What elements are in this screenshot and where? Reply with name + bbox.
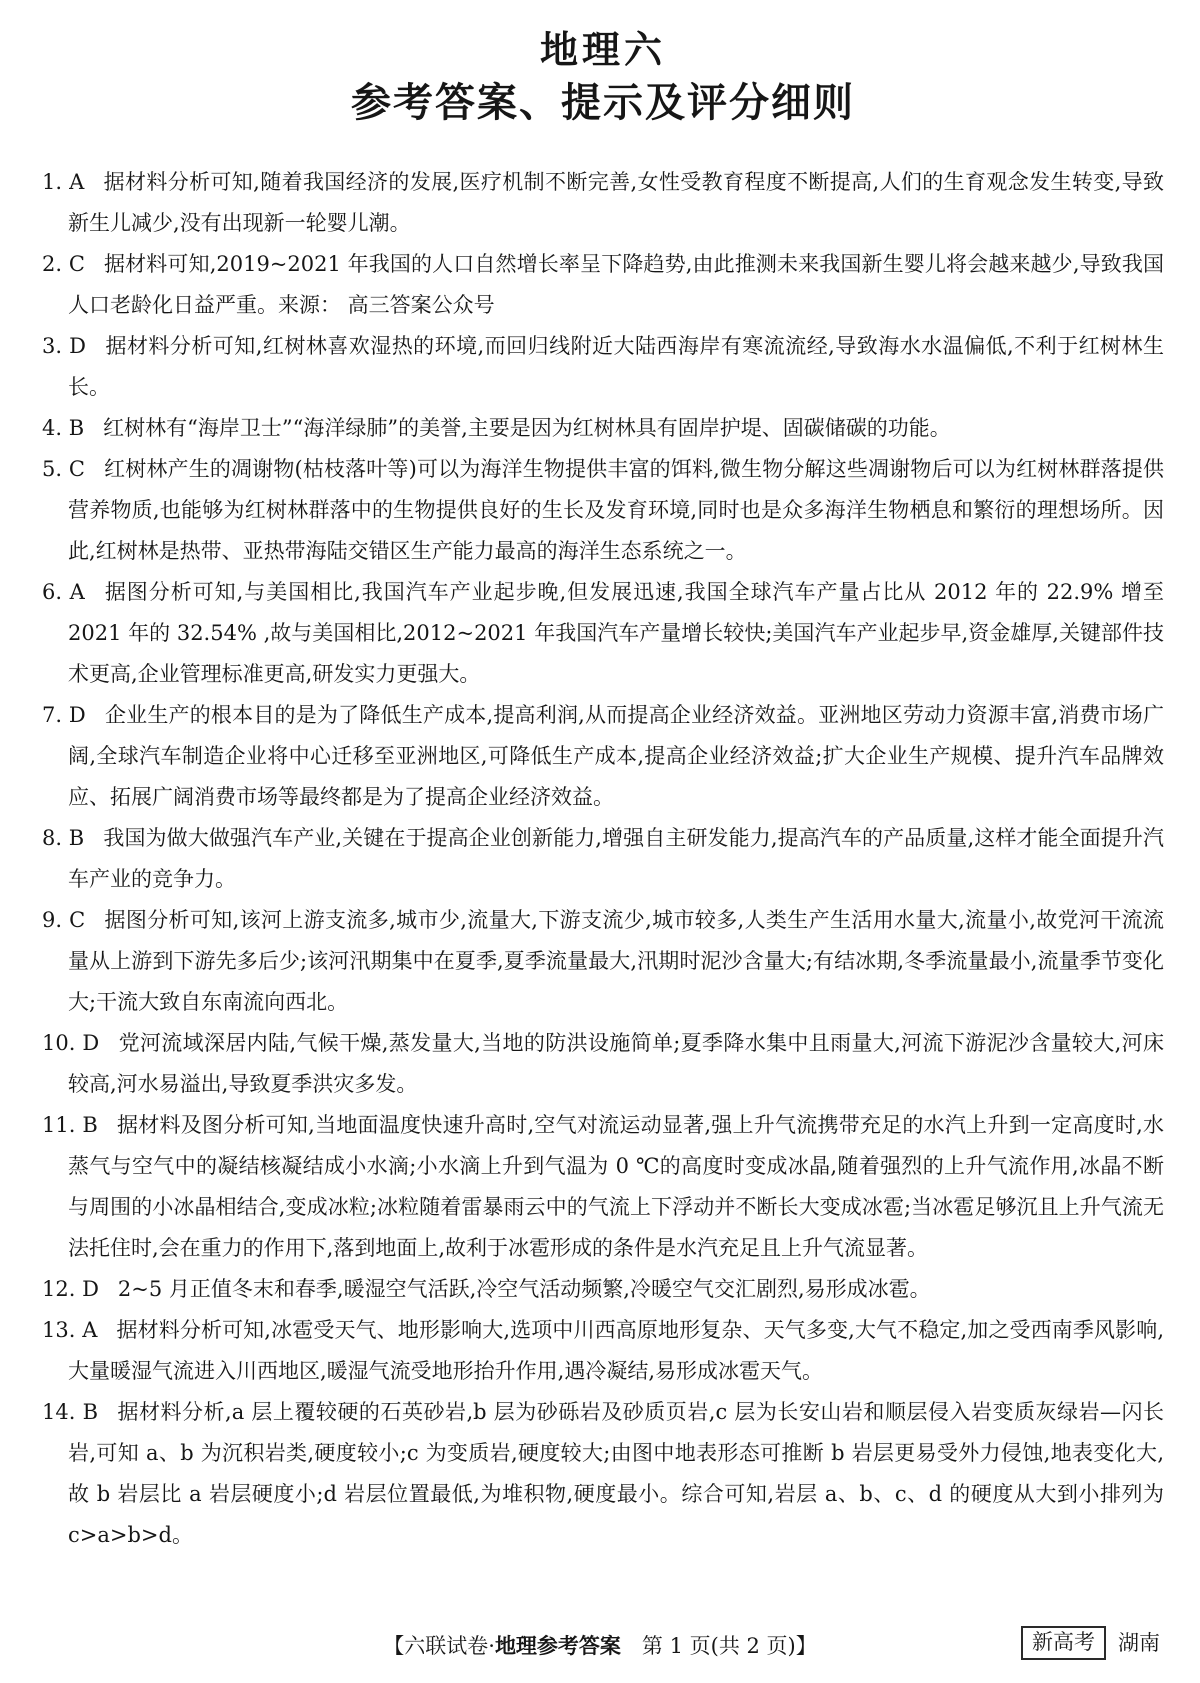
answer-text: 据材料可知,2019~2021 年我国的人口自然增长率呈下降趋势,由此推测未来我… (68, 252, 1164, 317)
page-subtitle: 参考答案、提示及评分细则 (42, 78, 1164, 128)
answer-text: 我国为做大做强汽车产业,关键在于提高企业创新能力,增强自主研发能力,提高汽车的产… (68, 826, 1164, 891)
answer-text: 2~5 月正值冬末和春季,暖湿空气活跃,冷空气活动频繁,冷暖空气交汇剧烈,易形成… (118, 1277, 931, 1301)
answer-item: 12. D2~5 月正值冬末和春季,暖湿空气活跃,冷空气活动频繁,冷暖空气交汇剧… (42, 1269, 1164, 1310)
answer-text: 据材料分析可知,冰雹受天气、地形影响大,选项中川西高原地形复杂、天气多变,大气不… (68, 1318, 1164, 1383)
answer-text: 据材料分析可知,随着我国经济的发展,医疗机制不断完善,女性受教育程度不断提高,人… (68, 170, 1164, 235)
answer-number: 12. D (42, 1277, 118, 1301)
answer-item: 2. C据材料可知,2019~2021 年我国的人口自然增长率呈下降趋势,由此推… (42, 244, 1164, 326)
footer-caption: 【六联试卷·地理参考答案 第 1 页(共 2 页)】 (0, 1630, 1200, 1660)
exam-type-badge: 新高考 (1021, 1626, 1106, 1660)
content-area: 地理六 参考答案、提示及评分细则 1. A据材料分析可知,随着我国经济的发展,医… (0, 0, 1200, 1556)
answer-item: 6. A据图分析可知,与美国相比,我国汽车产业起步晚,但发展迅速,我国全球汽车产… (42, 572, 1164, 695)
answer-number: 9. C (42, 908, 104, 932)
footer-caption-prefix: 【六联试卷· (383, 1634, 495, 1658)
answer-number: 14. B (42, 1400, 117, 1424)
answer-text: 企业生产的根本目的是为了降低生产成本,提高利润,从而提高企业经济效益。亚洲地区劳… (68, 703, 1164, 809)
footer-right: 新高考 湖南 (1021, 1626, 1160, 1660)
answer-number: 3. D (42, 334, 105, 358)
answer-text: 据材料及图分析可知,当地面温度快速升高时,空气对流运动显著,强上升气流携带充足的… (68, 1113, 1164, 1260)
answer-item: 11. B据材料及图分析可知,当地面温度快速升高时,空气对流运动显著,强上升气流… (42, 1105, 1164, 1269)
answer-text: 据图分析可知,与美国相比,我国汽车产业起步晚,但发展迅速,我国全球汽车产量占比从… (68, 580, 1164, 686)
region-label: 湖南 (1118, 1630, 1160, 1656)
answer-text: 据材料分析,a 层上覆较硬的石英砂岩,b 层为砂砾岩及砂质页岩,c 层为长安山岩… (68, 1400, 1164, 1547)
answer-number: 7. D (42, 703, 105, 727)
answer-number: 5. C (42, 457, 104, 481)
answer-number: 11. B (42, 1113, 117, 1137)
answer-item: 8. B我国为做大做强汽车产业,关键在于提高企业创新能力,增强自主研发能力,提高… (42, 818, 1164, 900)
page-footer: 【六联试卷·地理参考答案 第 1 页(共 2 页)】 新高考 湖南 (0, 1624, 1200, 1670)
answer-number: 13. A (42, 1318, 116, 1342)
answer-item: 4. B红树林有“海岸卫士”“海洋绿肺”的美誉,主要是因为红树林具有固岸护堤、固… (42, 408, 1164, 449)
answer-number: 4. B (42, 416, 103, 440)
answer-item: 3. D据材料分析可知,红树林喜欢湿热的环境,而回归线附近大陆西海岸有寒流流经,… (42, 326, 1164, 408)
footer-caption-title: 地理参考答案 (495, 1633, 621, 1658)
answers-list: 1. A据材料分析可知,随着我国经济的发展,医疗机制不断完善,女性受教育程度不断… (42, 162, 1164, 1556)
footer-caption-page-number: 第 1 页(共 2 页)】 (621, 1634, 817, 1658)
answer-item: 10. D党河流域深居内陆,气候干燥,蒸发量大,当地的防洪设施简单;夏季降水集中… (42, 1023, 1164, 1105)
answer-number: 6. A (42, 580, 104, 604)
answer-item: 9. C据图分析可知,该河上游支流多,城市少,流量大,下游支流少,城市较多,人类… (42, 900, 1164, 1023)
answer-item: 14. B据材料分析,a 层上覆较硬的石英砂岩,b 层为砂砾岩及砂质页岩,c 层… (42, 1392, 1164, 1556)
answer-item: 5. C红树林产生的凋谢物(枯枝落叶等)可以为海洋生物提供丰富的饵料,微生物分解… (42, 449, 1164, 572)
answer-sheet-page: 地理六 参考答案、提示及评分细则 1. A据材料分析可知,随着我国经济的发展,医… (0, 0, 1200, 1683)
page-title: 地理六 (42, 26, 1164, 74)
answer-number: 10. D (42, 1031, 118, 1055)
answer-text: 党河流域深居内陆,气候干燥,蒸发量大,当地的防洪设施简单;夏季降水集中且雨量大,… (68, 1031, 1164, 1096)
answer-text: 红树林产生的凋谢物(枯枝落叶等)可以为海洋生物提供丰富的饵料,微生物分解这些凋谢… (68, 457, 1164, 563)
answer-text: 据图分析可知,该河上游支流多,城市少,流量大,下游支流少,城市较多,人类生产生活… (68, 908, 1164, 1014)
answer-text: 红树林有“海岸卫士”“海洋绿肺”的美誉,主要是因为红树林具有固岸护堤、固碳储碳的… (103, 416, 951, 440)
answer-item: 7. D企业生产的根本目的是为了降低生产成本,提高利润,从而提高企业经济效益。亚… (42, 695, 1164, 818)
answer-number: 8. B (42, 826, 103, 850)
answer-number: 2. C (42, 252, 104, 276)
answer-item: 13. A据材料分析可知,冰雹受天气、地形影响大,选项中川西高原地形复杂、天气多… (42, 1310, 1164, 1392)
answer-number: 1. A (42, 170, 103, 194)
answer-text: 据材料分析可知,红树林喜欢湿热的环境,而回归线附近大陆西海岸有寒流流经,导致海水… (68, 334, 1164, 399)
answer-item: 1. A据材料分析可知,随着我国经济的发展,医疗机制不断完善,女性受教育程度不断… (42, 162, 1164, 244)
